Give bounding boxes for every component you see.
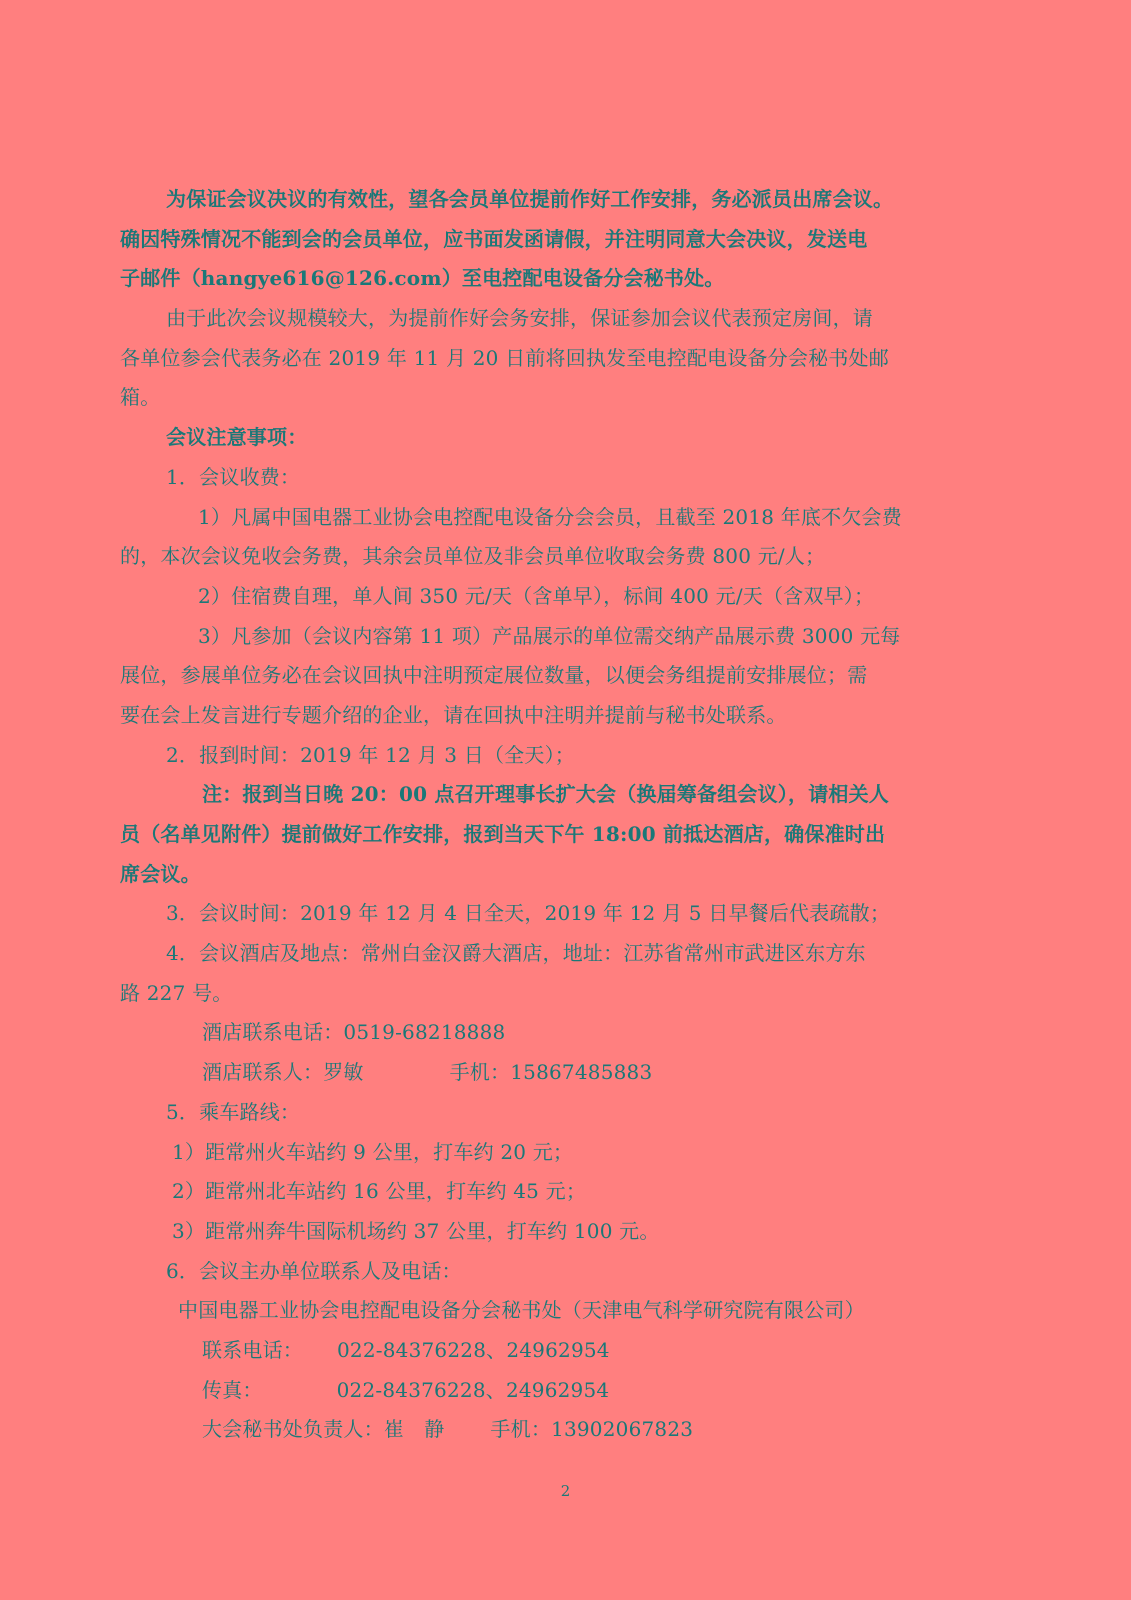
paragraph2-line1: 由于此次会议规模较大，为提前作好会务安排，保证参加会议代表预定房间，请 — [120, 299, 960, 339]
item1-sub3-line3: 要在会上发言进行专题介绍的企业，请在回执中注明并提前与秘书处联系。 — [120, 696, 960, 736]
item3-title: 3．会议时间：2019 年 12 月 4 日全天，2019 年 12 月 5 日… — [120, 894, 960, 934]
hotel-contact-row: 酒店联系人：罗敏手机：15867485883 — [120, 1053, 960, 1093]
paragraph1-line2: 确因特殊情况不能到会的会员单位，应书面发函请假，并注明同意大会决议，发送电 — [120, 220, 960, 260]
page-number: 2 — [0, 1482, 1131, 1500]
item2-note-line3: 席会议。 — [120, 855, 960, 895]
contact-phone-label: 联系电话： — [202, 1338, 303, 1362]
item2-note-line2: 员（名单见附件）提前做好工作安排，报到当天下午 18:00 前抵达酒店，确保准时… — [120, 815, 960, 855]
fax-row: 传真：022-84376228、24962954 — [120, 1371, 960, 1411]
secretariat-mobile-label: 手机： — [490, 1417, 551, 1441]
route-2: 2）距常州北车站约 16 公里，打车约 45 元； — [120, 1172, 960, 1212]
route-3: 3）距常州奔牛国际机场约 37 公里，打车约 100 元。 — [120, 1212, 960, 1252]
item1-sub1-line2: 的，本次会议免收会务费，其余会员单位及非会员单位收取会务费 800 元/人； — [120, 537, 960, 577]
fax-label: 传真： — [202, 1378, 263, 1402]
paragraph1-line3: 子邮件（hangye616@126.com）至电控配电设备分会秘书处。 — [120, 259, 960, 299]
hotel-contact-label: 酒店联系人： — [202, 1060, 323, 1084]
hotel-mobile: 15867485883 — [510, 1060, 652, 1084]
secretariat-head-label: 大会秘书处负责人： — [202, 1417, 384, 1441]
hotel-phone: 0519-68218888 — [343, 1020, 505, 1044]
secretariat-head: 崔 静 — [384, 1417, 445, 1441]
hotel-phone-row: 酒店联系电话：0519-68218888 — [120, 1013, 960, 1053]
item1-sub3-line2: 展位，参展单位务必在会议回执中注明预定展位数量，以便会务组提前安排展位；需 — [120, 656, 960, 696]
contact-phone-row: 联系电话：022-84376228、24962954 — [120, 1331, 960, 1371]
item1-sub1-line1: 1）凡属中国电器工业协会电控配电设备分会会员，且截至 2018 年底不欠会费 — [120, 498, 960, 538]
hotel-mobile-label: 手机： — [450, 1060, 511, 1084]
hotel-contact: 罗敏 — [323, 1060, 363, 1084]
route-1: 1）距常州火车站约 9 公里，打车约 20 元； — [120, 1133, 960, 1173]
document-page: 为保证会议决议的有效性，望各会员单位提前作好工作安排，务必派员出席会议。 确因特… — [120, 180, 960, 1450]
notes-heading: 会议注意事项： — [120, 418, 960, 458]
contact-phone: 022-84376228、24962954 — [337, 1338, 610, 1362]
paragraph2-line2: 各单位参会代表务必在 2019 年 11 月 20 日前将回执发至电控配电设备分… — [120, 339, 960, 379]
item2-title: 2．报到时间：2019 年 12 月 3 日（全天）； — [120, 736, 960, 776]
item2-note-line1: 注：报到当日晚 20：00 点召开理事长扩大会（换届筹备组会议），请相关人 — [120, 775, 960, 815]
item1-sub2: 2）住宿费自理，单人间 350 元/天（含单早），标间 400 元/天（含双早）… — [120, 577, 960, 617]
paragraph2-line3: 箱。 — [120, 378, 960, 418]
item5-title: 5．乘车路线： — [120, 1093, 960, 1133]
item1-sub3-line1: 3）凡参加（会议内容第 11 项）产品展示的单位需交纳产品展示费 3000 元每 — [120, 617, 960, 657]
item4-title-line1: 4．会议酒店及地点：常州白金汉爵大酒店，地址：江苏省常州市武进区东方东 — [120, 934, 960, 974]
item4-title-line2: 路 227 号。 — [120, 974, 960, 1014]
secretariat-head-row: 大会秘书处负责人：崔 静手机：13902067823 — [120, 1410, 960, 1450]
paragraph1-line1: 为保证会议决议的有效性，望各会员单位提前作好工作安排，务必派员出席会议。 — [120, 180, 960, 220]
secretariat-mobile: 13902067823 — [551, 1417, 693, 1441]
hotel-phone-label: 酒店联系电话： — [202, 1020, 343, 1044]
item6-title: 6．会议主办单位联系人及电话： — [120, 1252, 960, 1292]
organizer: 中国电器工业协会电控配电设备分会秘书处（天津电气科学研究院有限公司） — [120, 1291, 960, 1331]
item1-title: 1．会议收费： — [120, 458, 960, 498]
fax: 022-84376228、24962954 — [337, 1378, 610, 1402]
